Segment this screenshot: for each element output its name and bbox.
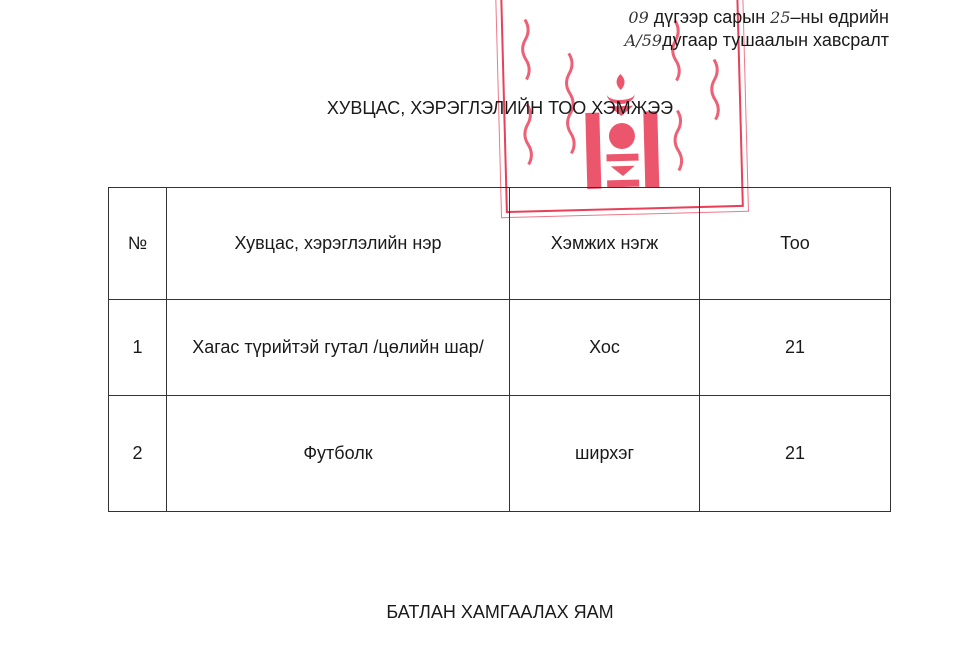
attachment-text-month: дүгээр сарын: [654, 7, 765, 27]
table-row: 2 Футболк ширхэг 21: [109, 396, 891, 512]
header-quantity: Тоо: [700, 188, 891, 300]
handwritten-day: 25: [770, 8, 790, 27]
attachment-line-2: А/59дугаар тушаалын хавсралт: [624, 29, 889, 52]
header-item-name: Хувцас, хэрэглэлийн нэр: [167, 188, 510, 300]
attachment-text-day: –ны өдрийн: [791, 7, 889, 27]
attachment-text-order: дугаар тушаалын хавсралт: [662, 30, 889, 50]
document-title: ХУВЦАС, ХЭРЭГЛЭЛИЙН ТОО ХЭМЖЭЭ: [0, 98, 955, 119]
cell-quantity: 21: [700, 300, 891, 396]
soyombo-emblem-icon: [582, 71, 661, 193]
header-unit: Хэмжих нэгж: [510, 188, 700, 300]
table-row: 1 Хагас түрийтэй гутал /цөлийн шар/ Хос …: [109, 300, 891, 396]
header-number: №: [109, 188, 167, 300]
cell-number: 1: [109, 300, 167, 396]
handwritten-order-number: А/59: [624, 31, 662, 50]
items-table: № Хувцас, хэрэглэлийн нэр Хэмжих нэгж То…: [108, 187, 891, 512]
attachment-line-1: 09 дүгээр сарын 25–ны өдрийн: [628, 6, 889, 29]
cell-unit: ширхэг: [510, 396, 700, 512]
cell-item-name: Хагас түрийтэй гутал /цөлийн шар/: [167, 300, 510, 396]
cell-number: 2: [109, 396, 167, 512]
table-header-row: № Хувцас, хэрэглэлийн нэр Хэмжих нэгж То…: [109, 188, 891, 300]
ministry-name: БАТЛАН ХАМГААЛАХ ЯАМ: [0, 602, 955, 623]
handwritten-month: 09: [628, 8, 648, 27]
cell-quantity: 21: [700, 396, 891, 512]
cell-unit: Хос: [510, 300, 700, 396]
cell-item-name: Футболк: [167, 396, 510, 512]
